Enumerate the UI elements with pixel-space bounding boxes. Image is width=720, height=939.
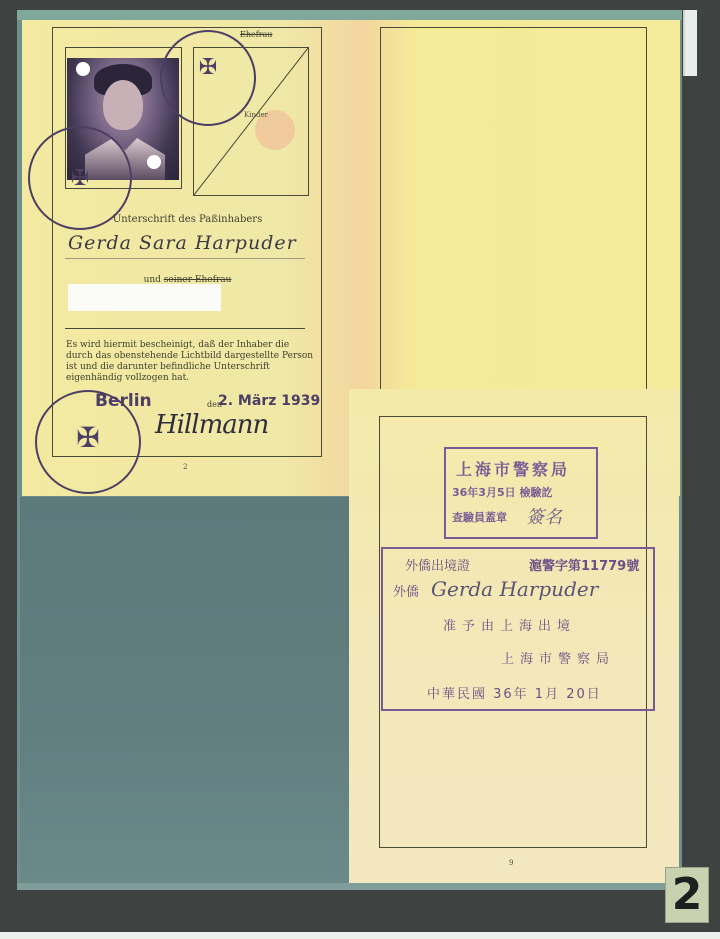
place-stamp: Berlin — [95, 391, 152, 411]
permit-date: 中華民國 36年 1月 20日 — [427, 683, 602, 702]
right-page-frame — [380, 27, 647, 390]
wife-column-heading: Ehefrau — [240, 30, 272, 39]
mount-top-edge — [17, 10, 682, 20]
foreigner-label: 外僑 — [393, 581, 419, 600]
mount-bottom-edge — [17, 883, 682, 890]
permit-allowed-text: 准予由上海出境 — [443, 615, 576, 634]
police-stamp-date: 36年3月5日 檢驗訖 — [452, 484, 552, 500]
punch-hole — [76, 62, 90, 76]
separator-line — [65, 328, 305, 329]
eagle-icon: ✠ — [162, 57, 254, 79]
page-number: 9 — [509, 859, 513, 867]
official-signature: Hillmann — [155, 410, 268, 440]
permit-title: 外僑出境證 — [405, 555, 470, 574]
permit-issuer: 上海市警察局 — [501, 648, 615, 667]
signature-line — [65, 258, 305, 259]
album-page-badge: 2 — [665, 867, 709, 923]
paper-tab — [683, 10, 697, 76]
permit-number: 滬警字第11779號 — [529, 555, 639, 574]
holder-signature: Gerda Sara Harpuder — [68, 232, 297, 254]
permit-holder-name: Gerda Harpuder — [431, 577, 598, 601]
inspector-signature: 簽名 — [526, 503, 562, 529]
police-inspection-stamp: 上海市警察局 36年3月5日 檢驗訖 查驗員蓋章 簽名 — [444, 447, 598, 539]
exit-permit-stamp: 外僑出境證 滬警字第11779號 外僑 Gerda Harpuder 准予由上海… — [381, 547, 655, 711]
redaction-box — [68, 284, 221, 311]
photo-face — [103, 80, 143, 130]
mount-backing — [20, 497, 350, 888]
police-stamp-inspector: 查驗員蓋章 — [452, 509, 507, 525]
police-stamp-title: 上海市警察局 — [456, 457, 570, 480]
signature-label: Unterschrift des Paßinhabers — [60, 214, 315, 225]
scan-edge — [0, 932, 720, 939]
issue-date: 2. März 1939 — [218, 393, 320, 409]
eagle-icon: ✠ — [30, 168, 130, 190]
berlin-police-stamp: ✠ — [160, 30, 256, 126]
children-label: Kinder — [244, 111, 268, 119]
eagle-icon: ✠ — [37, 427, 139, 449]
certification-text: Es wird hiermit bescheinigt, daß der Inh… — [66, 340, 316, 384]
punch-hole — [147, 155, 161, 169]
page-number: 2 — [183, 463, 187, 471]
